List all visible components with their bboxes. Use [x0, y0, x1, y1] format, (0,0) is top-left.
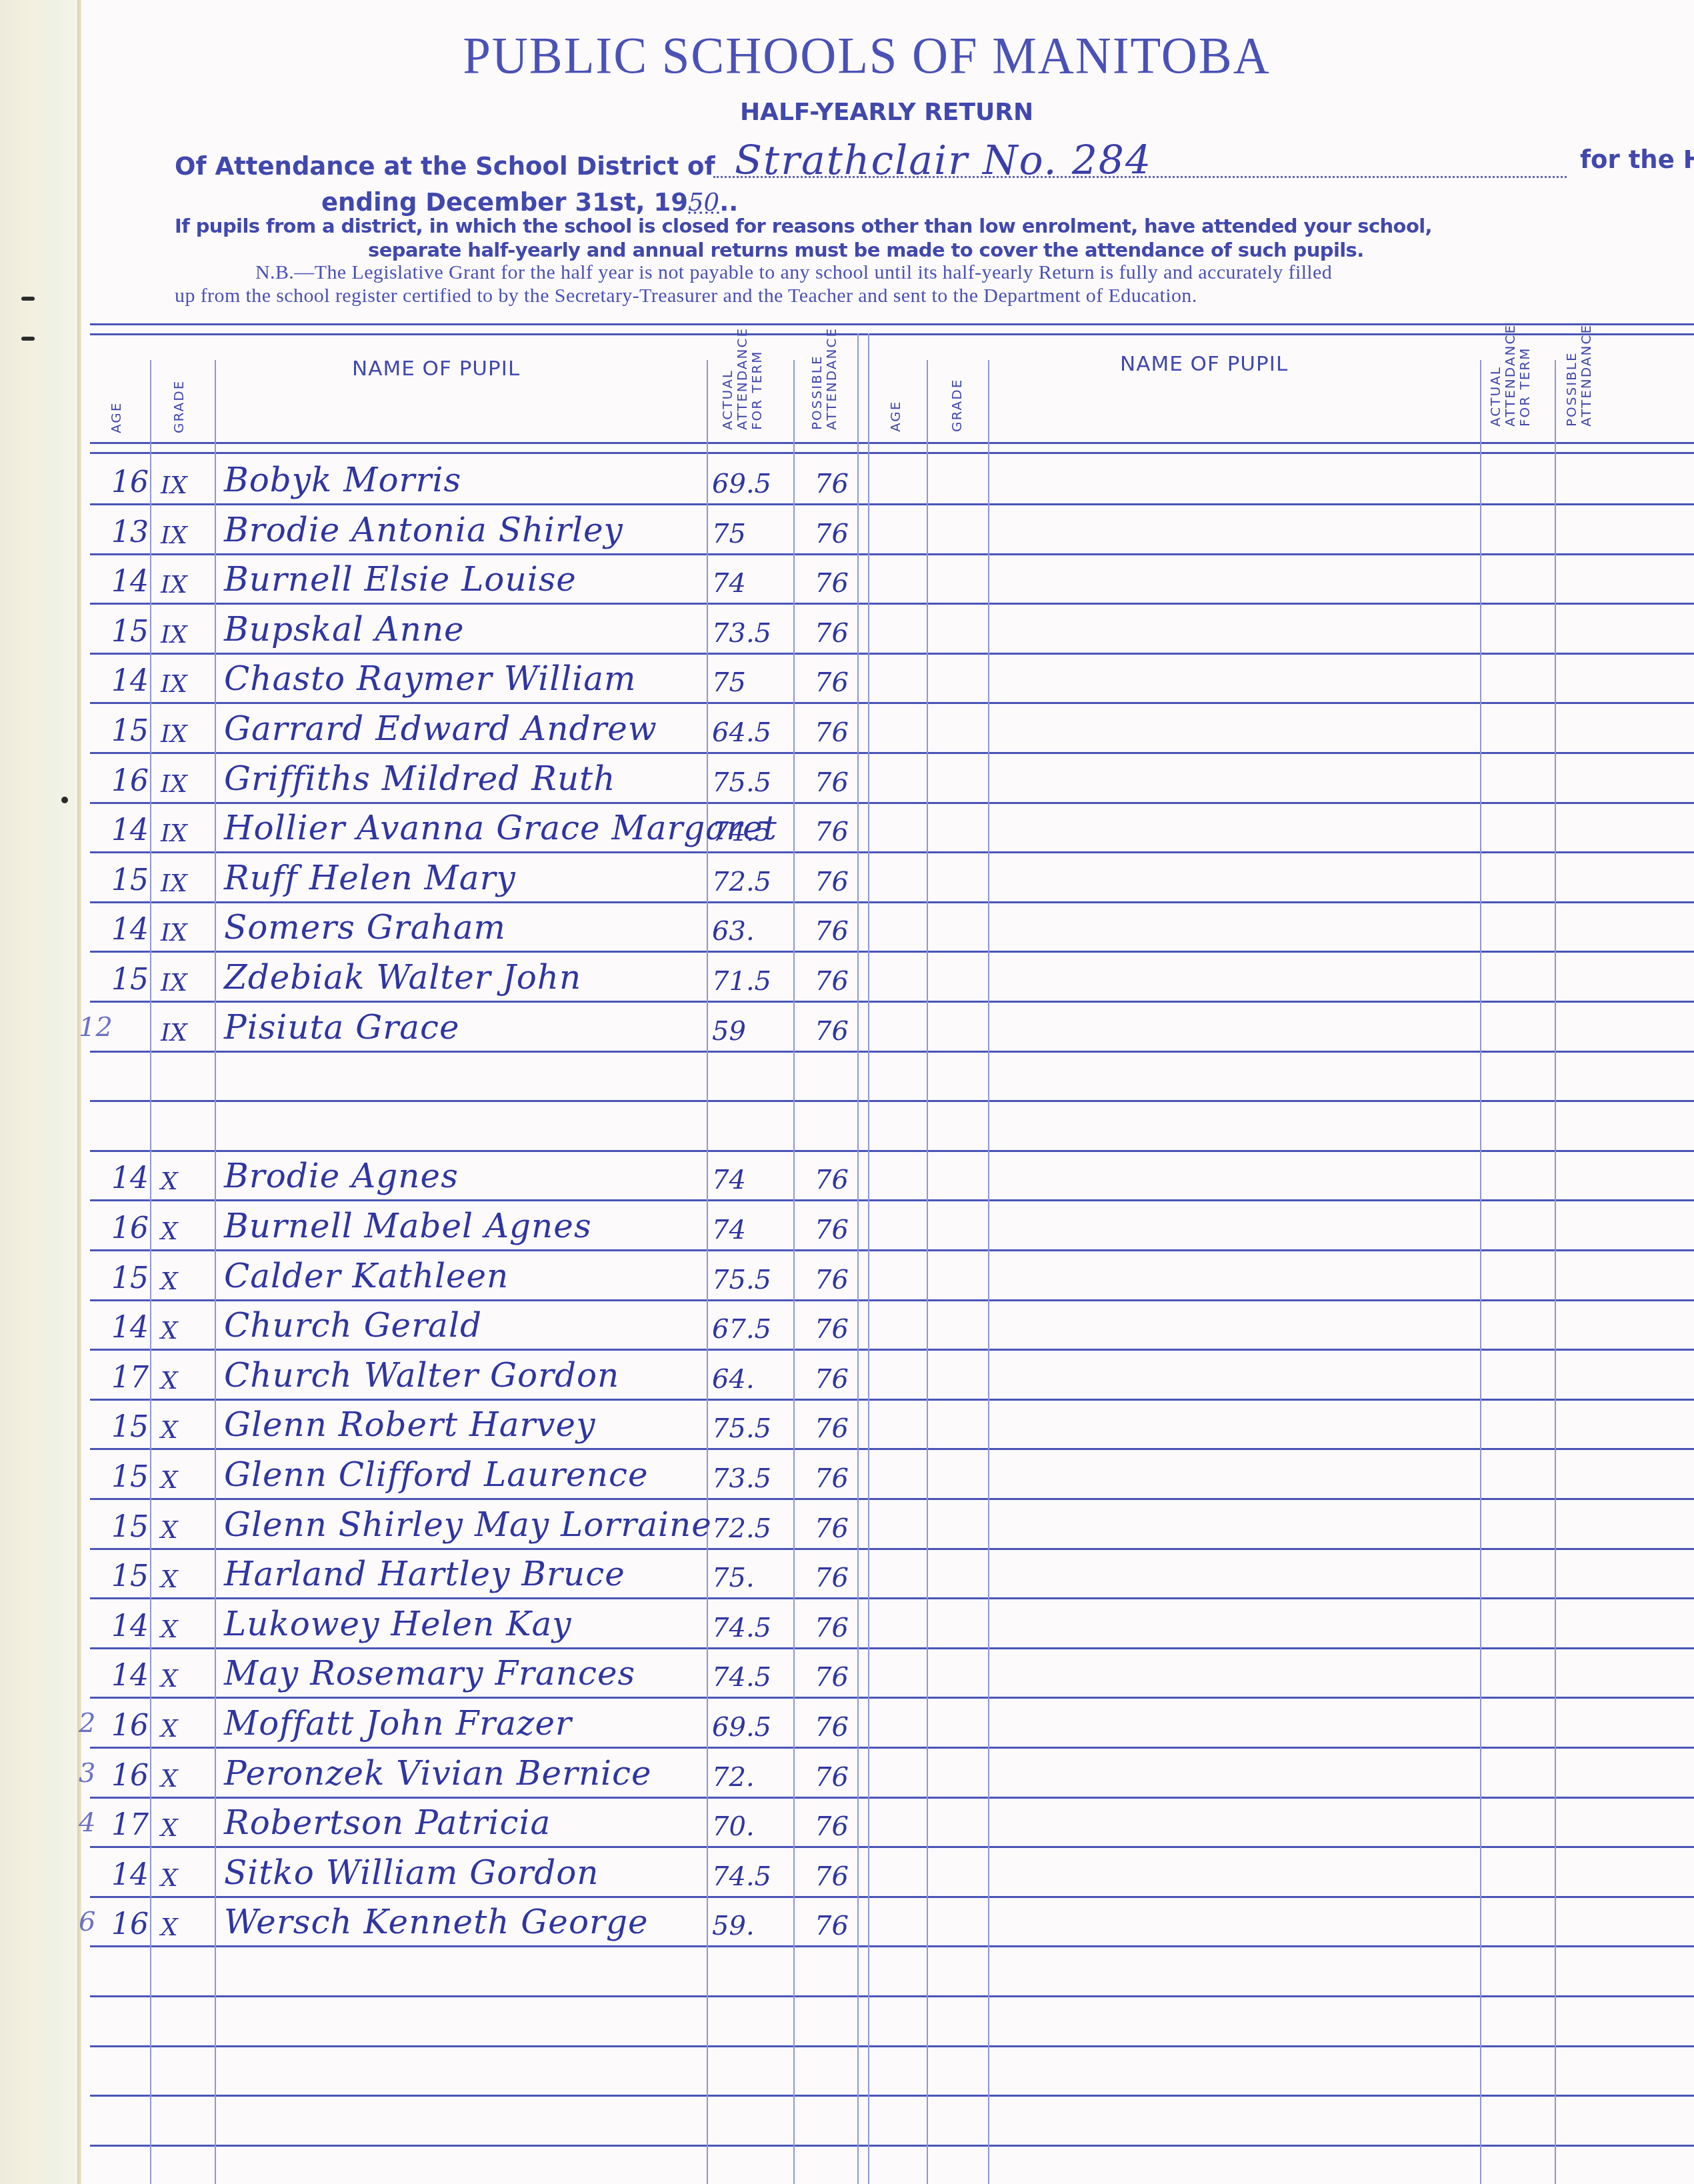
grade-cell[interactable]: X	[161, 1865, 178, 1892]
age-cell[interactable]: 14	[111, 1609, 149, 1643]
actual-attendance-cell[interactable]: 75.5	[712, 1413, 771, 1444]
header-grade: GRADE	[171, 320, 186, 433]
header-possible-attendance: POSSIBLEATTENDANCE	[809, 317, 839, 430]
grade-cell[interactable]: IX	[161, 820, 187, 847]
age-cell[interactable]: 14	[111, 1858, 149, 1892]
possible-attendance-cell[interactable]: 76	[815, 1265, 849, 1295]
actual-attendance-cell[interactable]: 72.	[712, 1762, 755, 1793]
age-cell[interactable]: 15	[111, 863, 149, 897]
pupil-name-cell[interactable]: Garrard Edward Andrew	[224, 709, 657, 748]
possible-attendance-cell[interactable]: 76	[815, 817, 849, 847]
ending-label: ending December 31st, 19	[321, 188, 688, 217]
pupil-name-cell[interactable]: Bupskal Anne	[224, 610, 465, 649]
table-row: 14XMay Rosemary Frances74.576	[0, 1647, 1694, 1697]
actual-attendance-cell[interactable]: 75.5	[712, 767, 771, 798]
possible-attendance-cell[interactable]: 76	[815, 1016, 849, 1047]
table-row: 16IXGriffiths Mildred Ruth75.576	[0, 753, 1694, 802]
header-possible-attendance-line: POSSIBLE	[809, 317, 824, 430]
pupil-name-cell[interactable]: Harland Hartley Bruce	[224, 1555, 625, 1593]
table-row: 16XWersch Kenneth George59.76	[0, 1896, 1694, 1945]
pupil-name-cell[interactable]: Glenn Shirley May Lorraine	[224, 1505, 712, 1544]
grade-cell[interactable]: X	[161, 1367, 178, 1395]
grade-cell[interactable]: X	[161, 1566, 178, 1593]
header-name-of-pupil-right: NAME OF PUPIL	[1120, 352, 1288, 376]
table-row	[0, 1946, 1694, 1995]
age-cell[interactable]: 16	[111, 465, 149, 499]
grade-cell[interactable]: X	[161, 1168, 178, 1195]
actual-attendance-cell[interactable]: 75	[712, 667, 746, 698]
pupil-name-cell[interactable]: Brodie Antonia Shirley	[224, 511, 623, 549]
age-cell[interactable]: 15	[111, 714, 149, 748]
table-row: 15IXBupskal Anne73.576	[0, 603, 1694, 653]
header-age: AGE	[109, 320, 123, 433]
table-row: 15XGlenn Shirley May Lorraine72.576	[0, 1499, 1694, 1548]
actual-attendance-cell[interactable]: 75.	[712, 1563, 755, 1593]
grade-cell[interactable]: IX	[161, 771, 187, 798]
table-row: 16IXBobyk Morris69.576	[0, 454, 1694, 503]
grade-cell[interactable]: IX	[161, 571, 187, 599]
grade-cell[interactable]: IX	[161, 1019, 187, 1047]
actual-attendance-cell[interactable]: 73.5	[712, 618, 771, 649]
grade-cell[interactable]: X	[161, 1914, 178, 1941]
half-year-label: for the Half Year	[1580, 145, 1694, 174]
header-age-line: AGE	[109, 320, 123, 433]
table-row	[0, 1996, 1694, 2045]
possible-attendance-cell[interactable]: 76	[815, 916, 849, 947]
margin-tally: 6	[79, 1907, 95, 1937]
ending-period: ..	[719, 188, 738, 217]
header-grade-right: GRADE	[949, 319, 964, 432]
actual-attendance-cell[interactable]: 74	[712, 1215, 746, 1245]
ending-year-field[interactable]: 50	[688, 188, 719, 217]
table-row: 16XMoffatt John Frazer69.576	[0, 1697, 1694, 1747]
pupil-name-cell[interactable]: Calder Kathleen	[224, 1257, 509, 1295]
actual-attendance-cell[interactable]: 75	[712, 519, 746, 549]
possible-attendance-cell[interactable]: 76	[815, 1712, 849, 1743]
grade-cell[interactable]: IX	[161, 721, 187, 748]
margin-tally: 2	[79, 1708, 95, 1739]
possible-attendance-cell[interactable]: 76	[815, 1364, 849, 1395]
header-actual-attendance-right-line: ACTUAL	[1488, 313, 1503, 427]
header-actual-attendance: ACTUALATTENDANCEFOR TERM	[720, 317, 764, 430]
age-cell[interactable]: 15	[111, 1559, 149, 1593]
header-actual-attendance-right-line: FOR TERM	[1517, 313, 1532, 427]
header-actual-attendance-line: ATTENDANCE	[735, 317, 749, 430]
binding-hole	[21, 297, 35, 301]
header-possible-attendance-line: ATTENDANCE	[824, 317, 839, 430]
nb-line-2: up from the school register certified to…	[175, 285, 1197, 307]
table-row: 15XCalder Kathleen75.576	[0, 1250, 1694, 1299]
table-row: 15XGlenn Robert Harvey75.576	[0, 1399, 1694, 1448]
possible-attendance-cell[interactable]: 76	[815, 1762, 849, 1793]
table-row: 14IXChasto Raymer William7576	[0, 653, 1694, 702]
header-rule	[90, 442, 1694, 444]
grade-cell[interactable]: X	[161, 1517, 178, 1544]
grade-cell[interactable]: X	[161, 1765, 178, 1793]
pupil-name-cell[interactable]: Burnell Elsie Louise	[224, 560, 577, 599]
margin-tally: 3	[79, 1758, 95, 1789]
header-grade-line: GRADE	[171, 320, 186, 433]
possible-attendance-cell[interactable]: 76	[815, 767, 849, 798]
notice-line-2: separate half-yearly and annual returns …	[368, 239, 1364, 261]
notice-line-1: If pupils from a district, in which the …	[175, 215, 1432, 237]
header-possible-attendance-right-line: ATTENDANCE	[1579, 313, 1593, 427]
grade-cell[interactable]: X	[161, 1665, 178, 1693]
age-cell[interactable]: 15	[111, 1261, 149, 1295]
pupil-name-cell[interactable]: Ruff Helen Mary	[224, 859, 516, 897]
actual-attendance-cell[interactable]: 72.5	[712, 867, 771, 897]
actual-attendance-cell[interactable]: 74.5	[712, 817, 771, 847]
grade-cell[interactable]: X	[161, 1317, 178, 1345]
table-row: 15XHarland Hartley Bruce75.76	[0, 1548, 1694, 1597]
pupil-name-cell[interactable]: Peronzek Vivian Bernice	[224, 1754, 652, 1793]
actual-attendance-cell[interactable]: 74.5	[712, 1861, 771, 1892]
actual-attendance-cell[interactable]: 74	[712, 568, 746, 599]
grade-cell[interactable]: X	[161, 1218, 178, 1245]
possible-attendance-cell[interactable]: 76	[815, 1861, 849, 1892]
actual-attendance-cell[interactable]: 63.	[712, 916, 755, 947]
table-row: 14IXSomers Graham63.76	[0, 901, 1694, 951]
header-possible-attendance-right-line: POSSIBLE	[1564, 313, 1579, 427]
grade-cell[interactable]: X	[161, 1467, 178, 1494]
table-row: 16XBurnell Mabel Agnes7476	[0, 1200, 1694, 1249]
grade-cell[interactable]: X	[161, 1268, 178, 1295]
actual-attendance-cell[interactable]: 69.5	[712, 469, 771, 499]
actual-attendance-cell[interactable]: 59.	[712, 1911, 755, 1941]
header-actual-attendance-right: ACTUALATTENDANCEFOR TERM	[1488, 313, 1532, 427]
age-cell[interactable]: 15	[111, 1510, 149, 1544]
age-cell[interactable]: 16	[111, 1211, 149, 1245]
table-row	[0, 2095, 1694, 2145]
actual-attendance-cell[interactable]: 72.5	[712, 1513, 771, 1544]
possible-attendance-cell[interactable]: 76	[815, 1513, 849, 1544]
possible-attendance-cell[interactable]: 76	[815, 717, 849, 748]
pupil-name-cell[interactable]: May Rosemary Frances	[224, 1654, 635, 1693]
actual-attendance-cell[interactable]: 64.5	[712, 717, 771, 748]
possible-attendance-cell[interactable]: 76	[815, 1413, 849, 1444]
form-title: PUBLIC SCHOOLS OF MANITOBA	[367, 25, 1366, 85]
possible-attendance-cell[interactable]: 76	[815, 519, 849, 549]
ending-line: ending December 31st, 1950..	[321, 188, 738, 217]
table-row: 17XRobertson Patricia70.76	[0, 1797, 1694, 1846]
age-cell[interactable]: 16	[111, 1759, 149, 1793]
actual-attendance-cell[interactable]: 59	[712, 1016, 746, 1047]
pupil-name-cell[interactable]: Sitko William Gordon	[224, 1853, 599, 1892]
table-row: 14XSitko William Gordon74.576	[0, 1847, 1694, 1896]
pupil-name-cell[interactable]: Hollier Avanna Grace Margaret	[224, 809, 777, 847]
age-cell[interactable]: 15	[111, 1460, 149, 1494]
age-cell[interactable]: 16	[111, 764, 149, 798]
table-row: 14IXHollier Avanna Grace Margaret74.576	[0, 802, 1694, 851]
age-cell[interactable]: 14	[111, 664, 149, 698]
table-row: 14XLukowey Helen Kay74.576	[0, 1598, 1694, 1647]
nb-line-1: N.B.—The Legislative Grant for the half …	[255, 261, 1332, 284]
table-row: 13IXBrodie Antonia Shirley7576	[0, 504, 1694, 553]
possible-attendance-cell[interactable]: 76	[815, 1314, 849, 1345]
grade-cell[interactable]: X	[161, 1616, 178, 1643]
actual-attendance-cell[interactable]: 70.	[712, 1811, 755, 1842]
age-cell[interactable]: 14	[111, 1659, 149, 1693]
pupil-name-cell[interactable]: Chasto Raymer William	[224, 659, 636, 698]
pupil-name-cell[interactable]: Church Walter Gordon	[224, 1356, 619, 1395]
header-age-right: AGE	[888, 319, 903, 432]
age-cell[interactable]: 17	[111, 1808, 149, 1842]
header-grade-right-line: GRADE	[949, 319, 964, 432]
grade-cell[interactable]: IX	[161, 870, 187, 897]
possible-attendance-cell[interactable]: 76	[815, 618, 849, 649]
actual-attendance-cell[interactable]: 64.	[712, 1364, 755, 1395]
table-row: 15XGlenn Clifford Laurence73.576	[0, 1449, 1694, 1498]
grade-cell[interactable]: IX	[161, 969, 187, 997]
table-row: 15IXGarrard Edward Andrew64.576	[0, 703, 1694, 752]
table-row: 14IXBurnell Elsie Louise7476	[0, 553, 1694, 603]
table-row: 14XBrodie Agnes7476	[0, 1150, 1694, 1199]
district-label: Of Attendance at the School District of	[175, 152, 715, 181]
grade-cell[interactable]: X	[161, 1417, 178, 1444]
possible-attendance-cell[interactable]: 76	[815, 867, 849, 897]
age-cell[interactable]: 16	[111, 1709, 149, 1743]
table-row	[0, 2045, 1694, 2095]
table-row: 17XChurch Walter Gordon64.76	[0, 1349, 1694, 1399]
grade-cell[interactable]: X	[161, 1815, 178, 1842]
age-cell[interactable]: 15	[111, 615, 149, 649]
table-row: 16XPeronzek Vivian Bernice72.76	[0, 1747, 1694, 1797]
grade-cell[interactable]: X	[161, 1715, 178, 1743]
table-row	[0, 1101, 1694, 1150]
actual-attendance-cell[interactable]: 74	[712, 1165, 746, 1195]
pupil-name-cell[interactable]: Glenn Clifford Laurence	[224, 1455, 648, 1494]
form-subtitle: HALF-YEARLY RETURN	[600, 99, 1173, 126]
age-cell[interactable]: 17	[111, 1361, 149, 1395]
actual-attendance-cell[interactable]: 74.5	[712, 1613, 771, 1643]
possible-attendance-cell[interactable]: 76	[815, 667, 849, 698]
grade-cell[interactable]: IX	[161, 919, 187, 947]
possible-attendance-cell[interactable]: 76	[815, 469, 849, 499]
pupil-name-cell[interactable]: Glenn Robert Harvey	[224, 1405, 595, 1444]
binding-hole	[21, 337, 35, 341]
possible-attendance-cell[interactable]: 76	[815, 1463, 849, 1494]
actual-attendance-cell[interactable]: 71.5	[712, 966, 771, 997]
actual-attendance-cell[interactable]: 75.5	[712, 1265, 771, 1295]
age-cell[interactable]: 14	[111, 913, 149, 947]
pupil-name-cell[interactable]: Somers Graham	[224, 908, 506, 947]
age-cell[interactable]: 14	[111, 1161, 149, 1195]
age-cell[interactable]: 16	[111, 1907, 149, 1941]
pupil-name-cell[interactable]: Zdebiak Walter John	[224, 958, 581, 997]
table-row	[0, 1051, 1694, 1100]
age-cell[interactable]: 13	[111, 515, 149, 549]
header-age-right-line: AGE	[888, 319, 903, 432]
age-cell[interactable]: 15	[111, 963, 149, 997]
margin-tally: 4	[79, 1807, 95, 1838]
grade-cell[interactable]: IX	[161, 621, 187, 649]
possible-attendance-cell[interactable]: 76	[815, 1662, 849, 1693]
possible-attendance-cell[interactable]: 76	[815, 1165, 849, 1195]
pupil-name-cell[interactable]: Robertson Patricia	[224, 1803, 551, 1842]
grade-cell[interactable]: IX	[161, 671, 187, 698]
actual-attendance-cell[interactable]: 73.5	[712, 1463, 771, 1494]
age-cell[interactable]: 14	[111, 1311, 149, 1345]
pupil-name-cell[interactable]: Bobyk Morris	[224, 461, 461, 499]
row-rule	[90, 2145, 1694, 2147]
pupil-name-cell[interactable]: Griffiths Mildred Ruth	[224, 759, 615, 798]
pupil-name-cell[interactable]: Wersch Kenneth George	[224, 1903, 648, 1941]
table-row: 14XChurch Gerald67.576	[0, 1299, 1694, 1349]
possible-attendance-cell[interactable]: 76	[815, 1563, 849, 1593]
grade-cell[interactable]: IX	[161, 472, 187, 499]
actual-attendance-cell[interactable]: 67.5	[712, 1314, 771, 1345]
grade-cell[interactable]: IX	[161, 522, 187, 549]
district-line: Of Attendance at the School District of …	[175, 145, 1641, 185]
pupil-name-cell[interactable]: Pisiuta Grace	[224, 1008, 460, 1047]
header-name-of-pupil: NAME OF PUPIL	[352, 357, 520, 381]
possible-attendance-cell[interactable]: 76	[815, 1215, 849, 1245]
actual-attendance-cell[interactable]: 74.5	[712, 1662, 771, 1693]
possible-attendance-cell[interactable]: 76	[815, 1911, 849, 1941]
header-actual-attendance-line: ACTUAL	[720, 317, 735, 430]
actual-attendance-cell[interactable]: 69.5	[712, 1712, 771, 1743]
margin-tally: 12	[79, 1012, 113, 1043]
age-cell[interactable]: 15	[111, 1410, 149, 1444]
table-row: IXPisiuta Grace5976	[0, 1001, 1694, 1051]
pupil-name-cell[interactable]: Church Gerald	[224, 1306, 482, 1345]
age-cell[interactable]: 14	[111, 813, 149, 847]
pupil-name-cell[interactable]: Moffatt John Frazer	[224, 1704, 572, 1743]
table-row: 15IXZdebiak Walter John71.576	[0, 951, 1694, 1001]
header-actual-attendance-right-line: ATTENDANCE	[1503, 313, 1517, 427]
header-actual-attendance-line: FOR TERM	[749, 317, 764, 430]
age-cell[interactable]: 14	[111, 565, 149, 599]
possible-attendance-cell[interactable]: 76	[815, 1811, 849, 1842]
possible-attendance-cell[interactable]: 76	[815, 966, 849, 997]
header-possible-attendance-right: POSSIBLEATTENDANCE	[1564, 313, 1593, 427]
possible-attendance-cell[interactable]: 76	[815, 1613, 849, 1643]
pupil-name-cell[interactable]: Brodie Agnes	[224, 1157, 459, 1195]
table-row: 15IXRuff Helen Mary72.576	[0, 852, 1694, 901]
pupil-name-cell[interactable]: Lukowey Helen Kay	[224, 1605, 572, 1643]
district-field[interactable]: Strathclair No. 284	[735, 137, 1152, 184]
pupil-name-cell[interactable]: Burnell Mabel Agnes	[224, 1207, 592, 1245]
possible-attendance-cell[interactable]: 76	[815, 568, 849, 599]
